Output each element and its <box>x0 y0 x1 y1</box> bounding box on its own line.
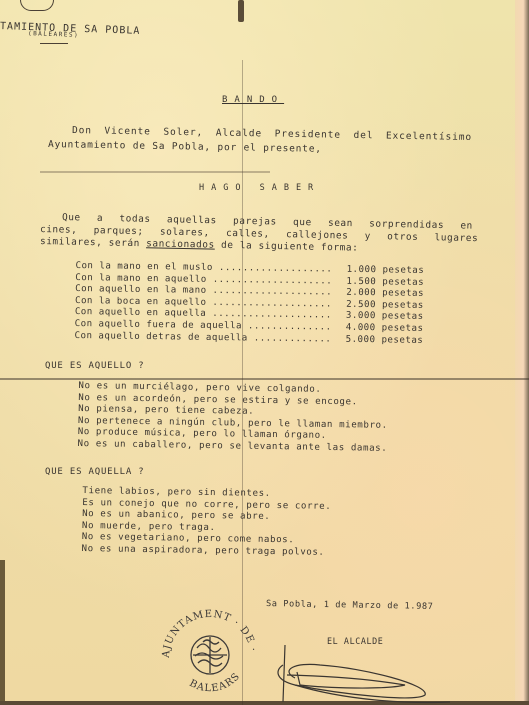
fine-currency: pesetas <box>381 335 423 347</box>
fine-currency: pesetas <box>382 300 424 312</box>
svg-text:BALEARS: BALEARS <box>187 671 242 694</box>
fine-amount: 4.000 <box>330 323 376 335</box>
section-heading-aquello: QUE ES AQUELLO ? <box>45 361 145 371</box>
document-title: BANDO <box>222 95 284 105</box>
fines-list: Con la mano en el muslo ................… <box>74 261 424 347</box>
fine-amount: 2.000 <box>330 288 376 300</box>
paper-edge-shadow <box>515 0 529 705</box>
fine-currency: pesetas <box>382 277 424 289</box>
official-seal-icon: AJUNTAMENT · DE · SA · POBLA BALEARS <box>155 600 265 705</box>
seal-top-text: AJUNTAMENT · DE · SA · POBLA <box>155 600 259 659</box>
paragraph-text: similares, serán <box>40 236 146 249</box>
riddle-list-aquella: Tiene labios, pero sin dientes.Es un con… <box>81 486 331 559</box>
letterhead-underline <box>40 43 68 44</box>
section-heading-aquella: QUE ES AQUELLA ? <box>45 467 145 477</box>
svg-text:AJUNTAMENT · DE · SA · POBLA: AJUNTAMENT · DE · SA · POBLA <box>155 600 259 659</box>
fine-amount: 3.000 <box>330 311 376 323</box>
document-subtitle: HAGO SABER <box>199 183 320 193</box>
fine-amount: 1.000 <box>330 265 376 277</box>
fine-amount: 2.500 <box>330 299 376 311</box>
fine-currency: pesetas <box>382 312 424 324</box>
fine-amount: 1.500 <box>330 276 376 288</box>
fine-currency: pesetas <box>382 323 424 335</box>
paper-tear <box>238 0 244 22</box>
fold-crease-horizontal <box>0 378 529 380</box>
paper-edge-shadow-left <box>0 560 5 705</box>
riddle-list-aquello: No es un murciélago, pero vive colgando.… <box>77 381 388 455</box>
fine-amount: 5.000 <box>329 334 375 346</box>
seal-bottom-text: BALEARS <box>187 671 242 694</box>
underlined-word: sancionados <box>146 238 215 250</box>
fine-currency: pesetas <box>382 265 424 277</box>
paper-smudge <box>40 171 270 173</box>
signature-icon <box>265 640 455 705</box>
fine-currency: pesetas <box>382 288 424 300</box>
